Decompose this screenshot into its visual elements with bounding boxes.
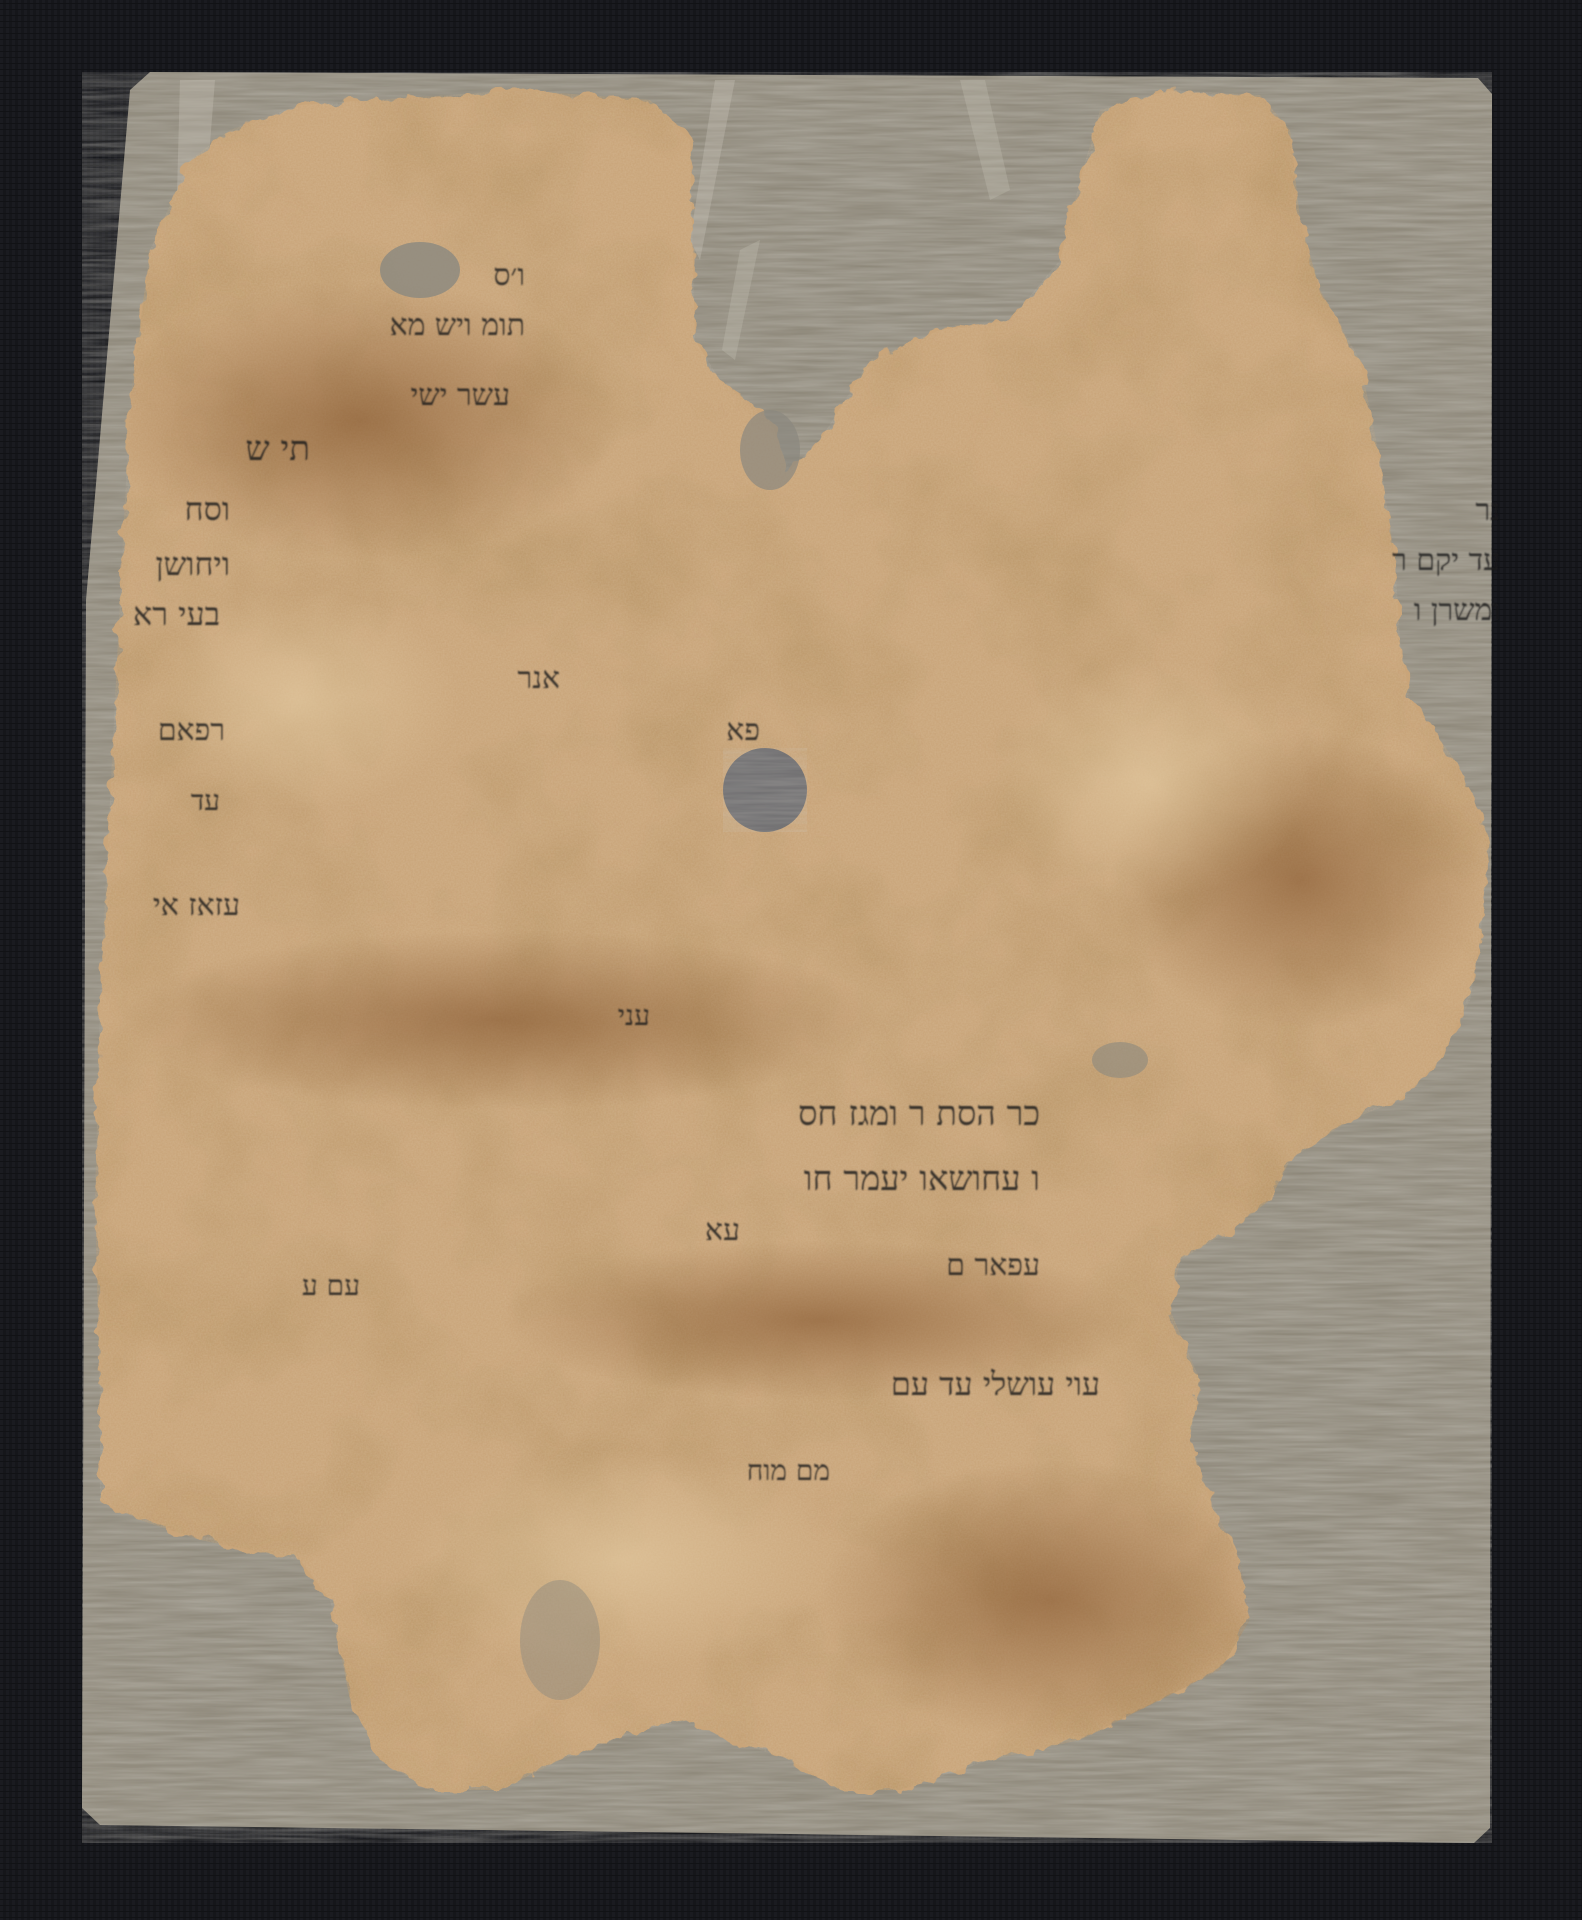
ink-line: עשר ישי [411,378,510,413]
manuscript-photo: ו׳סתומ ויש מאעשר ישיתי שוסחויחושןבעי ראא… [0,0,1582,1920]
ink-line: עני [618,999,650,1032]
ink-line: פא [726,713,760,748]
ink-line: תומ ויש מא [390,308,525,343]
ink-line: ו׳ס [493,258,525,293]
ink-line: וסח [185,490,230,528]
ink-line: עד [191,784,220,817]
ink-line: ו עחושאו יעמר חו [804,1159,1040,1199]
ink-line: בעי רא [133,595,220,633]
ink-line: כר הסת ר ומגז חס [798,1094,1040,1134]
ink-line: תי ש [245,429,310,469]
ink-line: ויחושן [155,545,230,583]
ink-line: עא [705,1213,740,1248]
ink-line: עזאז אי [153,888,240,923]
ink-line: עם ע [302,1269,360,1302]
ink-line: נר [1476,493,1501,528]
ink-line: רפאם [158,713,225,748]
ink-line: מם מוח [747,1454,830,1487]
ink-line: עפאר ם [946,1248,1040,1283]
ink-line: עד יקם ר [1392,543,1500,578]
ink-line: ומשרן ו [1414,593,1500,628]
ink-line: אנר [518,661,561,696]
ink-line: עוי עושלי עד עם [891,1365,1100,1403]
